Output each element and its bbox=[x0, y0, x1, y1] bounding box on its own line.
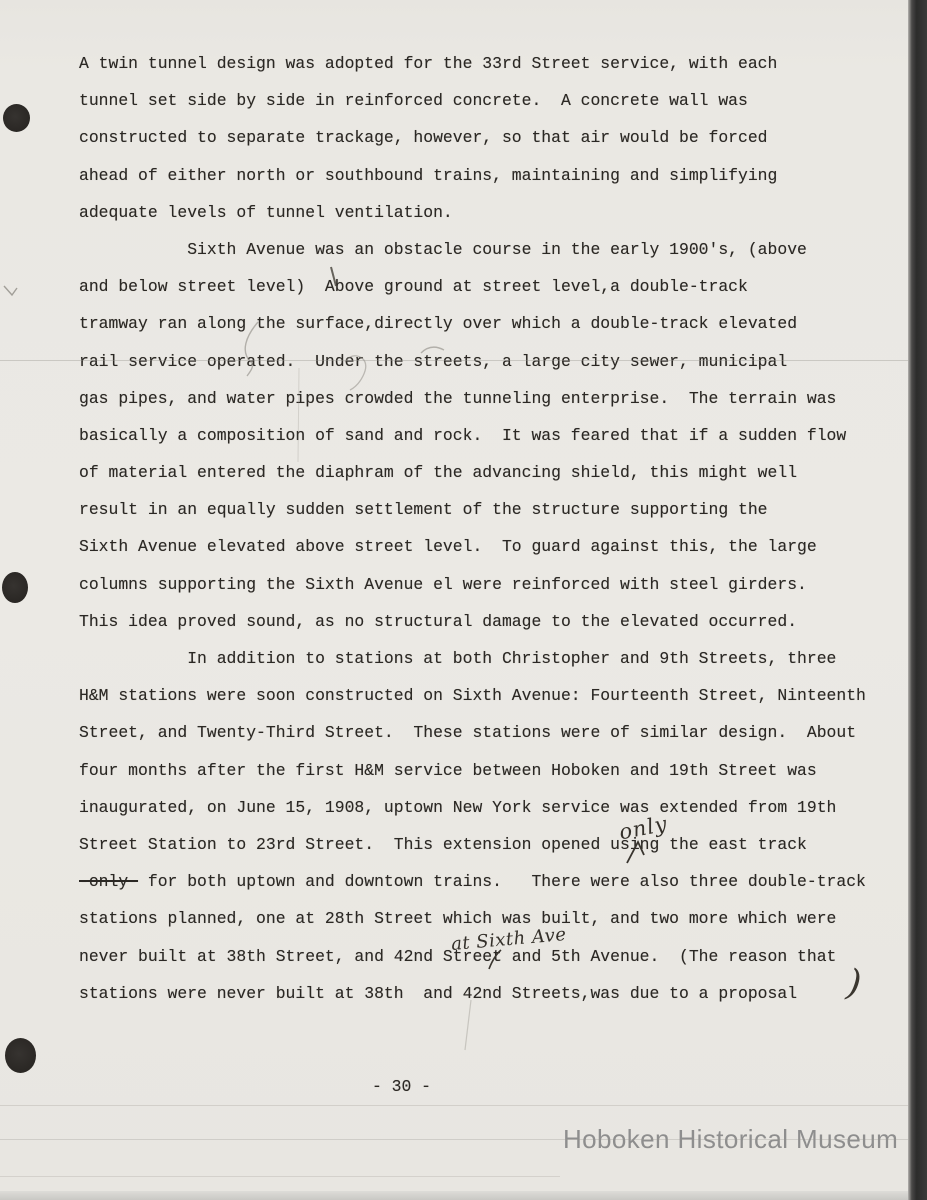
typed-line: Street Station to 23rd Street. This exte… bbox=[79, 826, 891, 863]
margin-check-mark bbox=[4, 286, 17, 295]
scanned-page: A twin tunnel design was adopted for the… bbox=[0, 0, 927, 1200]
typed-line: A twin tunnel design was adopted for the… bbox=[79, 45, 891, 82]
typed-line: gas pipes, and water pipes crowded the t… bbox=[79, 380, 891, 417]
scan-hairline bbox=[0, 1105, 908, 1106]
typed-line: Sixth Avenue elevated above street level… bbox=[79, 528, 891, 565]
typed-line: In addition to stations at both Christop… bbox=[79, 640, 891, 677]
struck-word: -only- bbox=[79, 872, 138, 891]
typed-line: constructed to separate trackage, howeve… bbox=[79, 119, 891, 156]
scan-hairline bbox=[0, 1176, 560, 1177]
typed-line: columns supporting the Sixth Avenue el w… bbox=[79, 566, 891, 603]
typed-lines: A twin tunnel design was adopted for the… bbox=[79, 45, 891, 1012]
scanner-edge-bottom bbox=[0, 1191, 908, 1200]
hole-punch-top bbox=[3, 104, 30, 132]
typed-line: This idea proved sound, as no structural… bbox=[79, 603, 891, 640]
typed-line: Street, and Twenty-Third Street. These s… bbox=[79, 714, 891, 751]
typed-line: of material entered the diaphram of the … bbox=[79, 454, 891, 491]
typed-line: and below street level) Above ground at … bbox=[79, 268, 891, 305]
hole-punch-bottom bbox=[5, 1038, 36, 1073]
typed-line: adequate levels of tunnel ventilation. bbox=[79, 194, 891, 231]
typed-line: rail service operated. Under the streets… bbox=[79, 343, 891, 380]
page-number: - 30 - bbox=[372, 1077, 431, 1096]
scan-hairline bbox=[0, 360, 908, 361]
typed-line: tunnel set side by side in reinforced co… bbox=[79, 82, 891, 119]
typed-line: -only- for both uptown and downtown trai… bbox=[79, 863, 891, 900]
typed-line: stations were never built at 38th and 42… bbox=[79, 975, 891, 1012]
typed-line: basically a composition of sand and rock… bbox=[79, 417, 891, 454]
typed-line: inaugurated, on June 15, 1908, uptown Ne… bbox=[79, 789, 891, 826]
typed-line: Sixth Avenue was an obstacle course in t… bbox=[79, 231, 891, 268]
typed-line: result in an equally sudden settlement o… bbox=[79, 491, 891, 528]
scanner-edge-right bbox=[908, 0, 927, 1200]
typed-line: H&M stations were soon constructed on Si… bbox=[79, 677, 891, 714]
typed-line: tramway ran along the surface,directly o… bbox=[79, 305, 891, 342]
hole-punch-middle bbox=[2, 572, 28, 603]
typed-line: four months after the first H&M service … bbox=[79, 752, 891, 789]
typed-line: ahead of either north or southbound trai… bbox=[79, 157, 891, 194]
scan-hairline bbox=[0, 1139, 908, 1140]
